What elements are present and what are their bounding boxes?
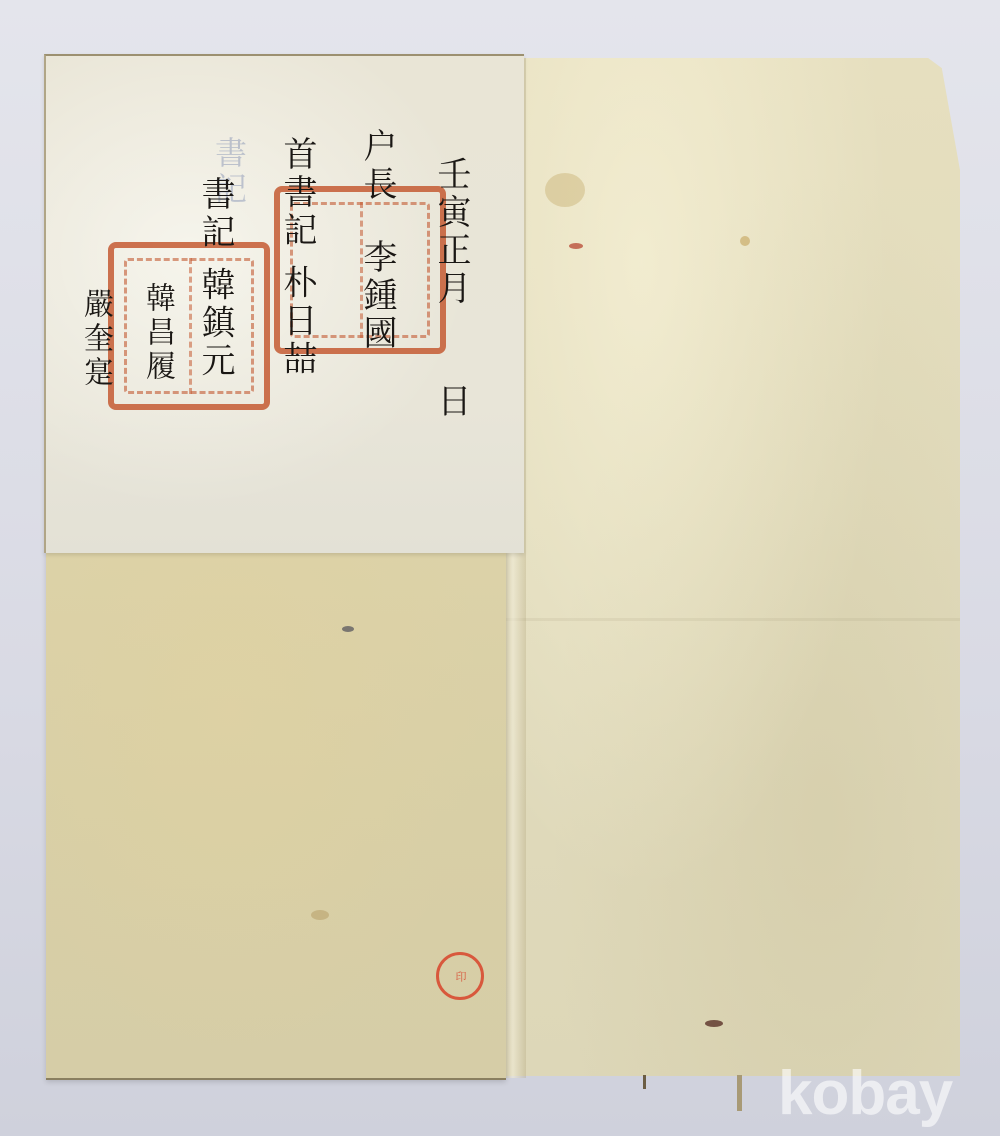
stain — [569, 243, 583, 249]
chief-clerk-name: 朴日喆 — [277, 265, 317, 379]
household-head-label: 户長 — [357, 128, 397, 204]
stain — [311, 910, 329, 920]
loose-thread — [737, 1075, 742, 1111]
household-head-name: 李鍾國 — [360, 239, 394, 353]
clerk-3-name: 嚴奎寔 — [78, 288, 113, 390]
chief-clerk-label: 首書記 — [277, 136, 317, 250]
stain — [705, 1020, 723, 1027]
left-bottom-paper-sheet: 印 — [46, 550, 506, 1080]
kobay-watermark: kobay — [778, 1058, 952, 1129]
clerk-2-column: 韓昌履 — [142, 282, 172, 384]
clerk-3-column: 嚴奎寔 — [80, 288, 110, 390]
stain — [545, 173, 585, 207]
chief-clerk-column: 首書記 朴日喆 — [280, 136, 314, 379]
date-column: 壬寅正月 日 — [434, 156, 468, 421]
date-day-suffix: 日 — [434, 383, 468, 421]
square-red-seal — [108, 242, 270, 410]
left-top-paper-sheet: 書記 壬寅正月 日 户長 李鍾國 首書記 朴日喆 書記 韓鎮元 韓昌履 嚴奎寔 — [44, 54, 524, 553]
clerk-label: 書記 — [195, 176, 235, 252]
right-paper-sheet — [505, 58, 960, 1076]
household-head-column: 户長 李鍾國 — [360, 128, 394, 353]
clerk-2-name: 韓昌履 — [140, 282, 175, 384]
date-text: 壬寅正月 — [431, 156, 471, 308]
loose-thread — [643, 1075, 646, 1089]
round-red-seal: 印 — [436, 952, 484, 1000]
paper-crease — [505, 618, 960, 621]
stain — [342, 626, 354, 632]
stain — [740, 236, 750, 246]
clerk-column: 書記 韓鎮元 — [198, 176, 232, 381]
clerk-name: 韓鎮元 — [195, 267, 235, 381]
